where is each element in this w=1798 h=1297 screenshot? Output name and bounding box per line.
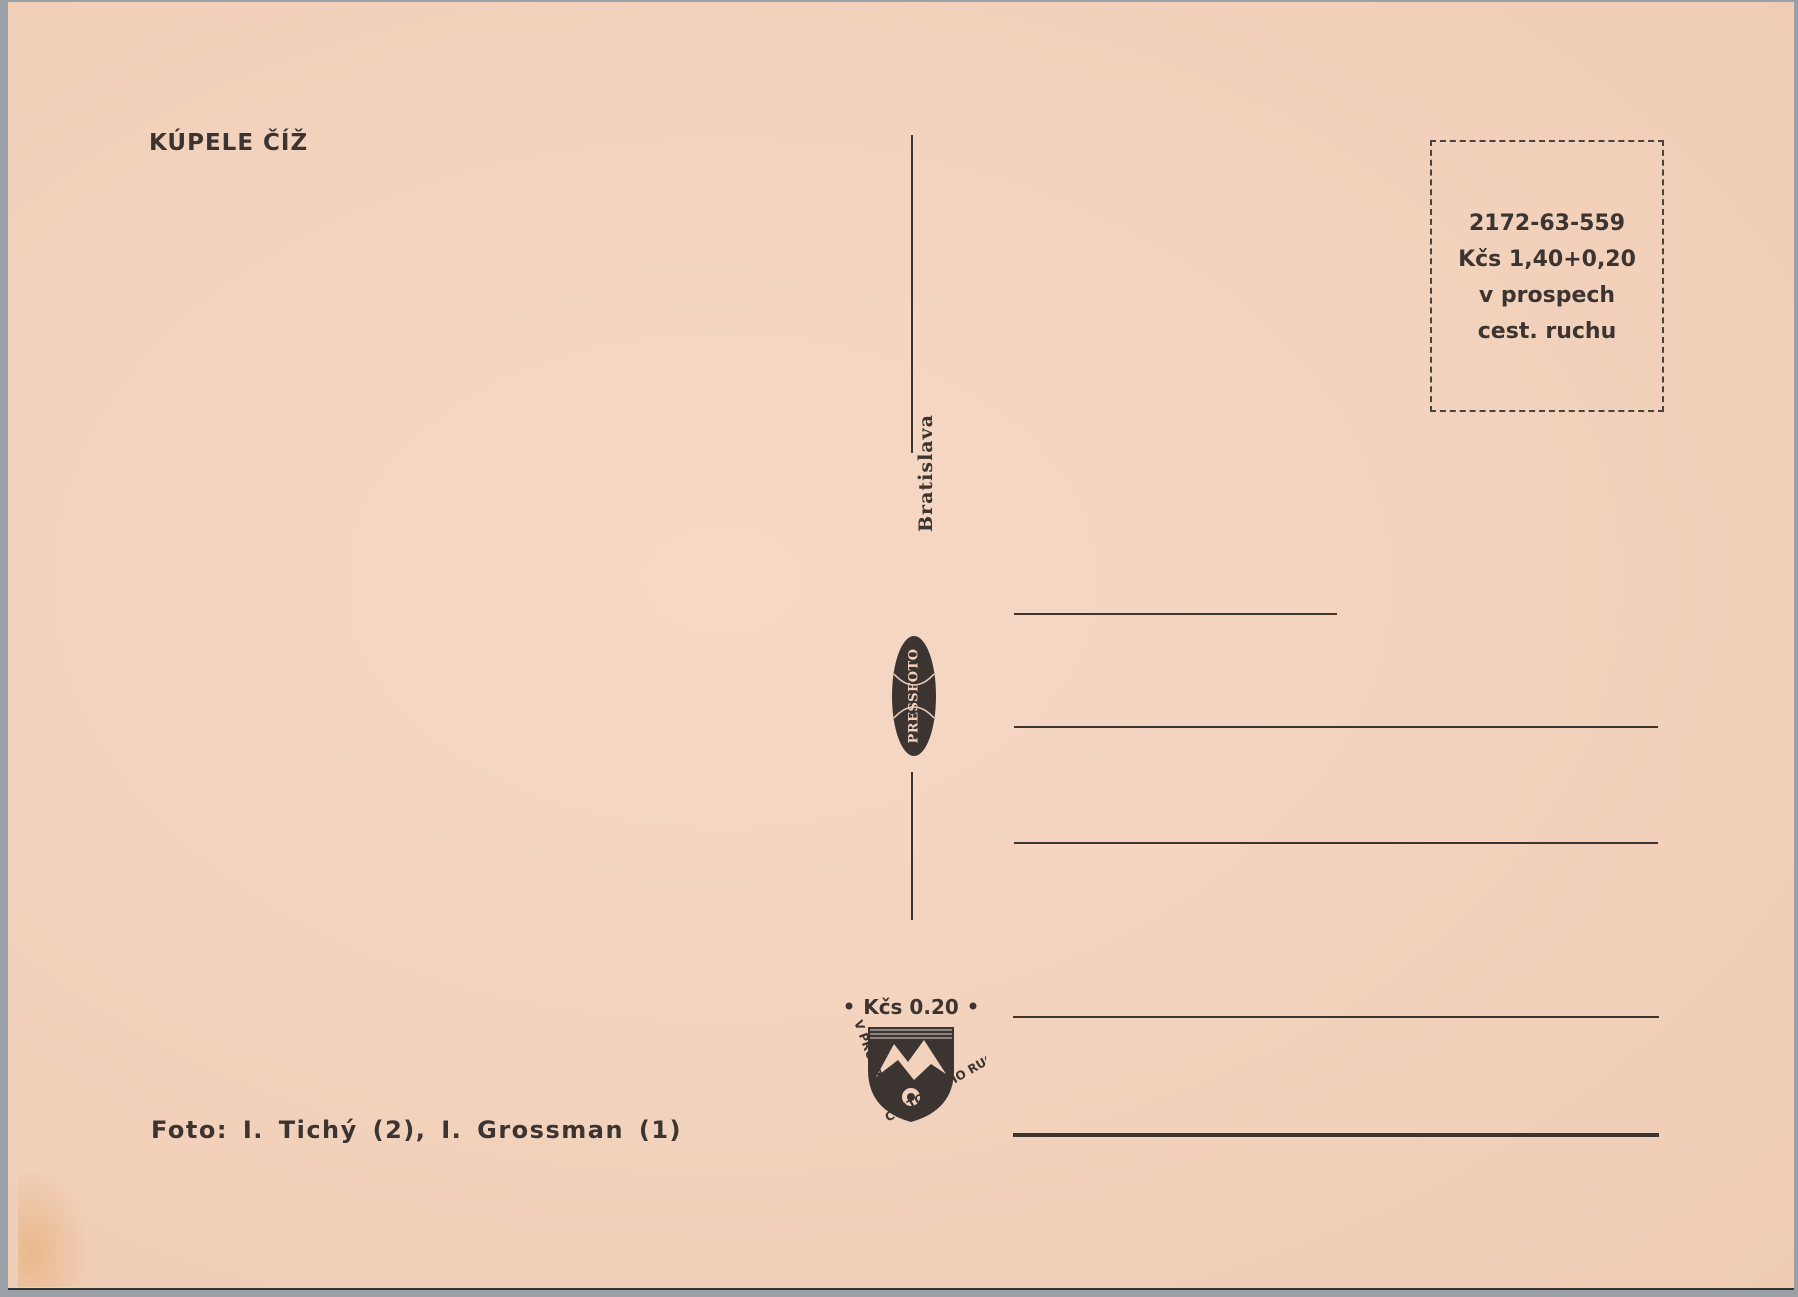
address-line-5 <box>1013 1133 1659 1137</box>
stamp-text: 2172-63-559 Kčs 1,40+0,20 v prospech ces… <box>1432 206 1662 350</box>
stamp-line-purpose-2: cest. ruchu <box>1432 314 1662 350</box>
address-line-3 <box>1014 842 1658 844</box>
stamp-line-purpose: v prospech <box>1432 278 1662 314</box>
publisher-city: Bratislava <box>915 382 937 532</box>
stamp-line-price: Kčs 1,40+0,20 <box>1432 242 1662 278</box>
stamp-box: 2172-63-559 Kčs 1,40+0,20 v prospech ces… <box>1430 140 1664 412</box>
center-divider-bottom <box>911 772 913 920</box>
svg-text:Kčs 0.20: Kčs 0.20 <box>863 995 959 1019</box>
address-line-1 <box>1014 613 1337 615</box>
pressfoto-logo-icon: PRESSFOTO <box>890 634 938 759</box>
stamp-line-code: 2172-63-559 <box>1432 206 1662 242</box>
tourism-emblem-icon: Kčs 0.20 V PROSPECH CESTOVNÉHO RUCHU <box>836 982 986 1132</box>
paper-stain <box>18 1172 88 1287</box>
photo-credit: Foto: I. Tichý (2), I. Grossman (1) <box>151 1116 682 1144</box>
postcard-back: KÚPELE ČÍŽ Foto: I. Tichý (2), I. Grossm… <box>8 2 1794 1288</box>
postcard-title: KÚPELE ČÍŽ <box>149 130 308 156</box>
address-line-4 <box>1013 1016 1659 1018</box>
address-line-2 <box>1014 726 1658 728</box>
center-divider-top <box>911 135 913 453</box>
svg-text:PRESSFOTO: PRESSFOTO <box>907 648 922 743</box>
